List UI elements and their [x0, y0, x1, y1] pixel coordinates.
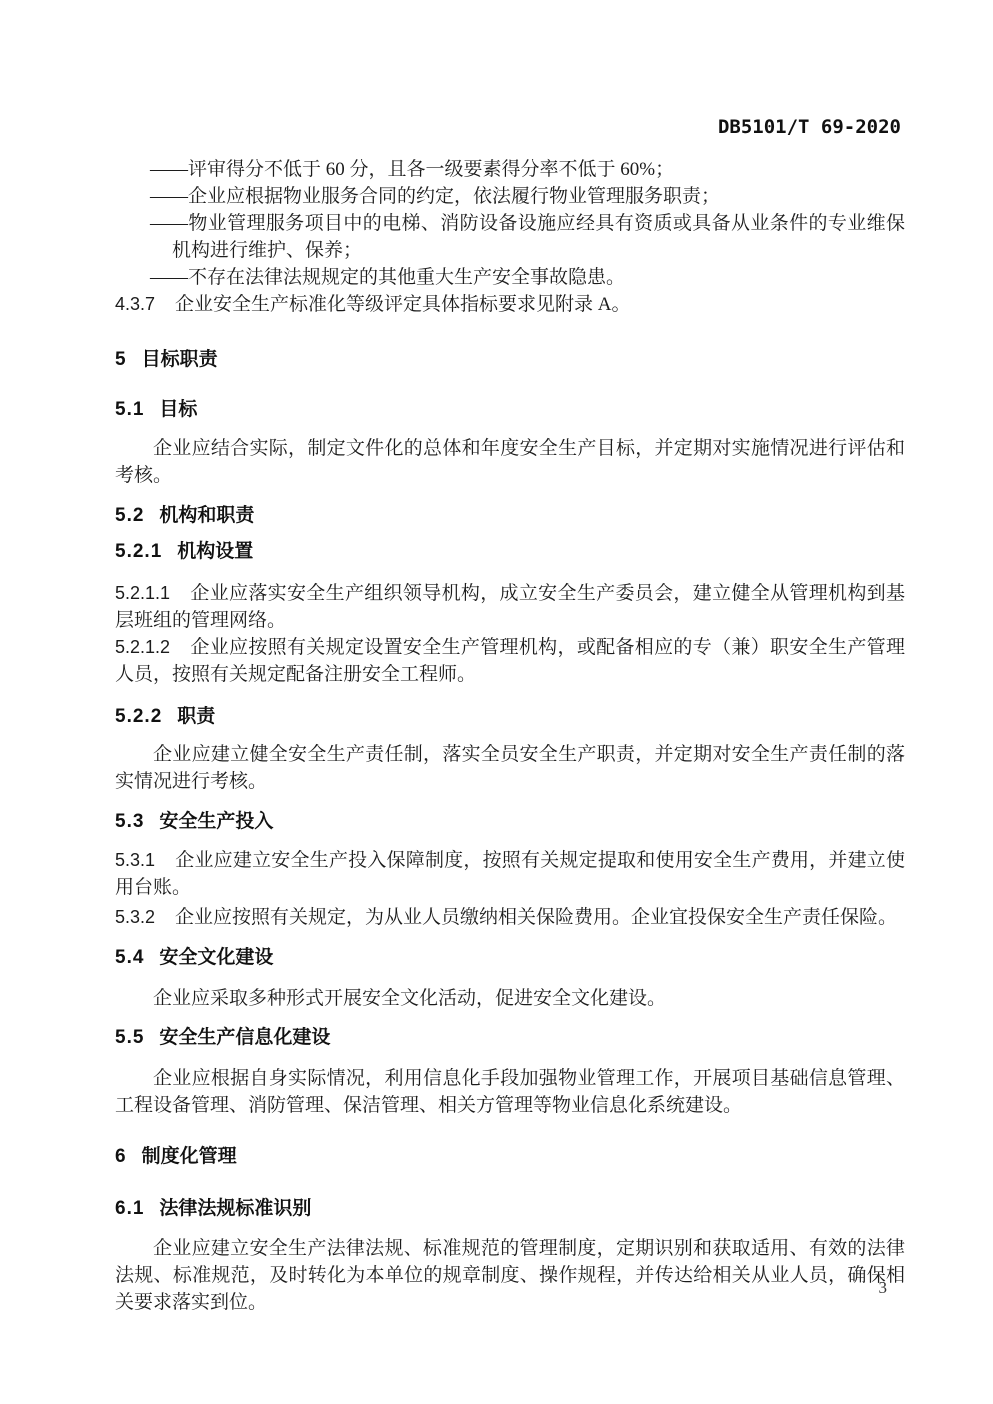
- clause-number: 5.3.1: [115, 850, 155, 870]
- paragraph-5-2-2: 企业应建立健全安全生产责任制，落实全员安全生产职责，并定期对安全生产责任制的落实…: [115, 741, 905, 795]
- paragraph-6-1: 企业应建立安全生产法律法规、标准规范的管理制度，定期识别和获取适用、有效的法律法…: [115, 1235, 905, 1316]
- heading-5-4: 5.4安全文化建设: [115, 944, 905, 971]
- heading-title: 安全生产信息化建设: [159, 1027, 330, 1048]
- heading-title: 法律法规标准识别: [159, 1198, 311, 1219]
- document-page: DB5101/T 69-2020 ——评审得分不低于 60 分，且各一级要素得分…: [0, 0, 993, 1404]
- heading-number: 5.2.2: [115, 706, 162, 727]
- heading-5: 5目标职责: [115, 346, 905, 373]
- heading-5-2-2: 5.2.2职责: [115, 703, 905, 730]
- heading-number: 5.2.1: [115, 541, 162, 562]
- clause-5-2-1-1: 5.2.1.1企业应落实安全生产组织领导机构，成立安全生产委员会，建立健全从管理…: [115, 580, 905, 634]
- heading-5-2: 5.2机构和职责: [115, 502, 905, 529]
- heading-5-2-1: 5.2.1机构设置: [115, 538, 905, 565]
- dash-list-item: ——企业应根据物业服务合同的约定，依法履行物业管理服务职责；: [115, 183, 905, 210]
- heading-number: 5.3: [115, 811, 144, 832]
- clause-number: 5.3.2: [115, 907, 155, 927]
- heading-6-1: 6.1法律法规标准识别: [115, 1195, 905, 1222]
- heading-number: 5.4: [115, 947, 144, 968]
- clause-5-3-2: 5.3.2企业应按照有关规定，为从业人员缴纳相关保险费用。企业宜投保安全生产责任…: [115, 904, 905, 931]
- heading-number: 5: [115, 349, 127, 370]
- heading-number: 6.1: [115, 1198, 144, 1219]
- paragraph-5-1: 企业应结合实际，制定文件化的总体和年度安全生产目标，并定期对实施情况进行评估和考…: [115, 435, 905, 489]
- clause-number: 5.2.1.1: [115, 583, 170, 603]
- heading-title: 机构设置: [177, 541, 253, 562]
- dash-list-item: ——不存在法律法规规定的其他重大生产安全事故隐患。: [115, 264, 905, 291]
- heading-title: 制度化管理: [142, 1146, 237, 1167]
- page-number: 3: [879, 1278, 888, 1298]
- heading-number: 5.1: [115, 399, 144, 420]
- paragraph-5-5: 企业应根据自身实际情况，利用信息化手段加强物业管理工作，开展项目基础信息管理、工…: [115, 1065, 905, 1119]
- doc-code: DB5101/T 69-2020: [718, 116, 901, 138]
- clause-text: 企业应按照有关规定，为从业人员缴纳相关保险费用。企业宜投保安全生产责任保险。: [175, 907, 897, 928]
- clause-5-2-1-2: 5.2.1.2企业应按照有关规定设置安全生产管理机构，或配备相应的专（兼）职安全…: [115, 634, 905, 688]
- heading-title: 目标职责: [142, 349, 218, 370]
- heading-5-5: 5.5安全生产信息化建设: [115, 1024, 905, 1051]
- clause-text: 企业应落实安全生产组织领导机构，成立安全生产委员会，建立健全从管理机构到基层班组…: [115, 583, 905, 631]
- clause-text: 企业应建立安全生产投入保障制度，按照有关规定提取和使用安全生产费用，并建立使用台…: [115, 850, 905, 898]
- heading-number: 6: [115, 1146, 127, 1167]
- dash-list-item: ——物业管理服务项目中的电梯、消防设备设施应经具有资质或具备从业条件的专业维保机…: [115, 210, 905, 264]
- heading-5-1: 5.1目标: [115, 396, 905, 423]
- clause-4-3-7: 4.3.7企业安全生产标准化等级评定具体指标要求见附录 A。: [115, 291, 905, 318]
- heading-5-3: 5.3安全生产投入: [115, 808, 905, 835]
- clause-text: 企业应按照有关规定设置安全生产管理机构，或配备相应的专（兼）职安全生产管理人员，…: [115, 637, 905, 685]
- dash-list-item: ——评审得分不低于 60 分，且各一级要素得分率不低于 60%；: [115, 156, 905, 183]
- clause-number: 5.2.1.2: [115, 637, 170, 657]
- paragraph-5-4: 企业应采取多种形式开展安全文化活动，促进安全文化建设。: [115, 985, 905, 1012]
- document-body: ——评审得分不低于 60 分，且各一级要素得分率不低于 60%； ——企业应根据…: [115, 156, 905, 1316]
- heading-title: 安全文化建设: [159, 947, 273, 968]
- heading-number: 5.5: [115, 1027, 144, 1048]
- heading-title: 机构和职责: [159, 505, 254, 526]
- heading-number: 5.2: [115, 505, 144, 526]
- clause-text: 企业安全生产标准化等级评定具体指标要求见附录 A。: [175, 294, 630, 315]
- clause-number: 4.3.7: [115, 294, 155, 314]
- heading-6: 6制度化管理: [115, 1143, 905, 1170]
- heading-title: 职责: [177, 706, 215, 727]
- clause-5-3-1: 5.3.1企业应建立安全生产投入保障制度，按照有关规定提取和使用安全生产费用，并…: [115, 847, 905, 901]
- heading-title: 目标: [159, 399, 197, 420]
- heading-title: 安全生产投入: [159, 811, 273, 832]
